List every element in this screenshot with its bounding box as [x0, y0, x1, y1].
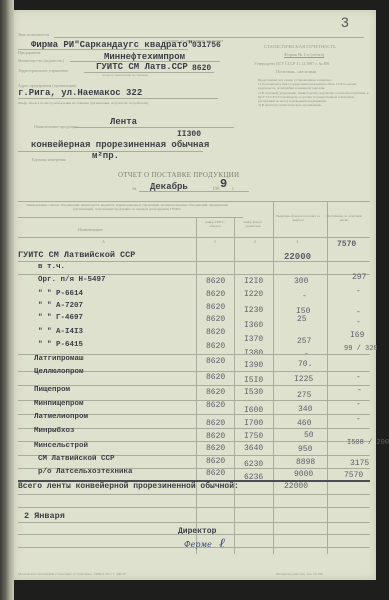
- report-year-prefix: 198: [212, 187, 220, 192]
- footer-date: 2 Января: [24, 511, 65, 521]
- address-value: г.Рига, ул.Наемакос 322: [18, 88, 142, 98]
- column-delivered: Поставлено за отчетный месяц: [324, 214, 364, 222]
- unit-label: Единица измерения: [32, 157, 66, 162]
- form-periodicity: Почтовая—месячная: [276, 69, 316, 74]
- account-label: Шифр объекта по месту нахождения поставщ…: [18, 101, 198, 105]
- binding-edge: [0, 0, 14, 600]
- print-note-right: Интернаходная тип. Зак. № 498: [276, 572, 323, 576]
- form-title: СТАТИСТИЧЕСКАЯ ОТЧЕТНОСТЬ: [264, 44, 336, 49]
- col-num-1: 1: [214, 239, 216, 244]
- table-header-note: Наименование союзов, объединений, минист…: [20, 203, 234, 211]
- form-number: Форма № 1-п (лента): [284, 52, 324, 57]
- product-label: Наименование продукции: [34, 124, 78, 129]
- document-page: 3 Знак пользователя состояние на заполне…: [14, 10, 376, 580]
- print-note: Московская типография статистики «Статис…: [18, 572, 126, 576]
- header-left-label: Знак пользователя: [18, 32, 49, 37]
- column-code-unit: шифр УМТС, объекта: [200, 220, 230, 228]
- column-name: Наименование: [78, 227, 103, 232]
- enterprise-label: Предприятие: [18, 50, 40, 55]
- ministry-label: Министерство (ведомство): [18, 58, 64, 63]
- form-instructions: Представляется в сроки, установленные в …: [258, 78, 370, 107]
- col-num-2: 2: [254, 239, 256, 244]
- product-value: Лента: [110, 117, 137, 127]
- enterprise-code: 031756: [192, 41, 221, 50]
- report-prefix: за: [132, 187, 136, 192]
- product-code: II300: [177, 130, 201, 139]
- col-num-3: 3: [296, 239, 298, 244]
- column-allocated: Выделено фондов по плану за квартал: [276, 214, 320, 222]
- page-number: 3: [341, 14, 349, 30]
- territorial-value: ГУИТС СМ Латв.ССР: [96, 62, 188, 72]
- form-approved: Утверждена ЦСУ СССР 31.12.1987 г. № 498: [254, 61, 329, 66]
- unit-value: м²пр.: [92, 151, 119, 161]
- column-code-payer: шифр фондо-держателя: [238, 220, 268, 228]
- territorial-sub-label: по месту нахождения поставщика: [102, 73, 148, 77]
- territorial-label: Территориальное управление: [18, 68, 68, 73]
- report-year-end: г.: [232, 187, 235, 192]
- report-year-suffix: 9: [220, 177, 227, 191]
- col-num-a: А: [102, 239, 105, 244]
- signature-mark: ℓ: [219, 536, 225, 553]
- product-value-line2: конвейерная прорезиненная обычная: [31, 140, 209, 150]
